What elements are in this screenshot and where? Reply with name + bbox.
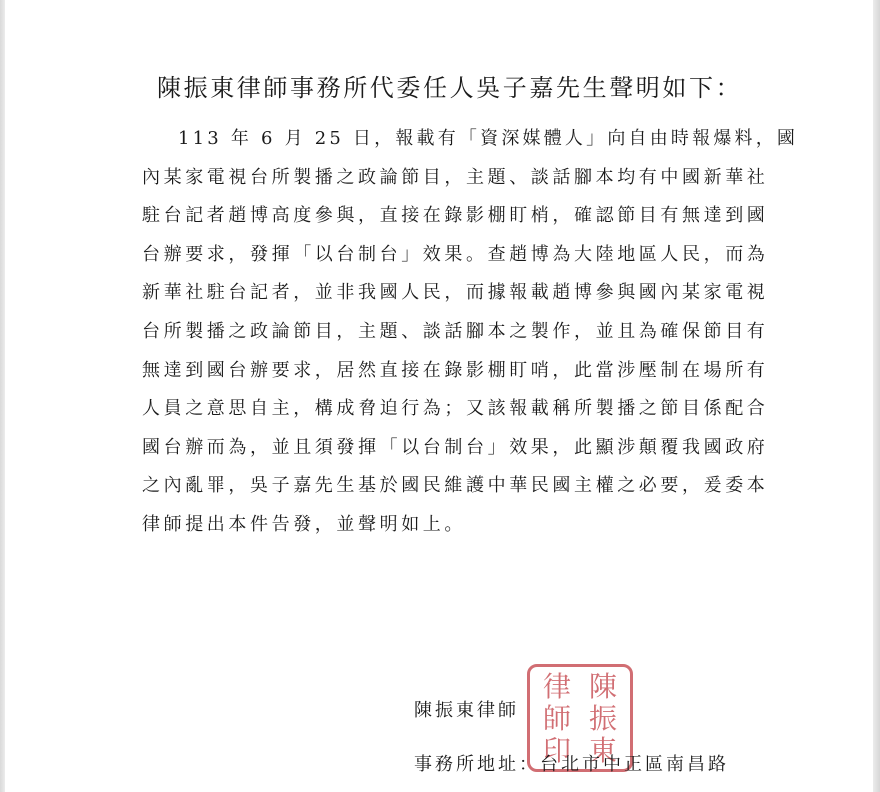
address-label: 事務所地址：: [414, 754, 540, 775]
seal-char: 陳: [589, 671, 617, 703]
body-line: 之內亂罪，吳子嘉先生基於國民維護中華民國主權之必要，爰委本: [142, 467, 742, 506]
document-title: 陳振東律師事務所代委任人吳子嘉先生聲明如下：: [157, 68, 737, 103]
address-value: 台北市中正區南昌路: [540, 754, 729, 775]
body-line: 無達到國台辦要求，居然直接在錄影棚盯哨，此當涉壓制在場所有: [142, 352, 742, 391]
seal-char: 師: [543, 703, 571, 735]
seal-char: 振: [589, 703, 617, 735]
body-line: 內某家電視台所製播之政論節目，主題、談話腳本均有中國新華社: [142, 159, 742, 198]
body-line: 台所製播之政論節目，主題、談話腳本之製作，並且為確保節目有: [142, 313, 742, 352]
page-edge-right: [873, 0, 880, 792]
office-address: 事務所地址：台北市中正區南昌路: [414, 750, 729, 776]
signature-name: 陳振東律師: [414, 696, 519, 722]
seal-char: 律: [543, 671, 571, 703]
body-line: 113 年 6 月 25 日，報載有「資深媒體人」向自由時報爆料，國: [142, 120, 742, 159]
body-line: 新華社駐台記者，並非我國人民，而據報載趙博參與國內某家電視: [142, 274, 742, 313]
body-line: 國台辦而為，並且須發揮「以台制台」效果，此顯涉顛覆我國政府: [142, 429, 742, 468]
statement-body: 113 年 6 月 25 日，報載有「資深媒體人」向自由時報爆料，國 內某家電視…: [142, 120, 742, 545]
body-line: 台辦要求，發揮「以台制台」效果。查趙博為大陸地區人民，而為: [142, 236, 742, 275]
body-line: 駐台記者趙博高度參與，直接在錄影棚盯梢，確認節目有無達到國: [142, 197, 742, 236]
body-line: 律師提出本件告發，並聲明如上。: [142, 506, 742, 545]
document-page: 陳振東律師事務所代委任人吳子嘉先生聲明如下： 113 年 6 月 25 日，報載…: [5, 0, 873, 792]
body-line: 人員之意思自主，構成脅迫行為；又該報載稱所製播之節目係配合: [142, 390, 742, 429]
